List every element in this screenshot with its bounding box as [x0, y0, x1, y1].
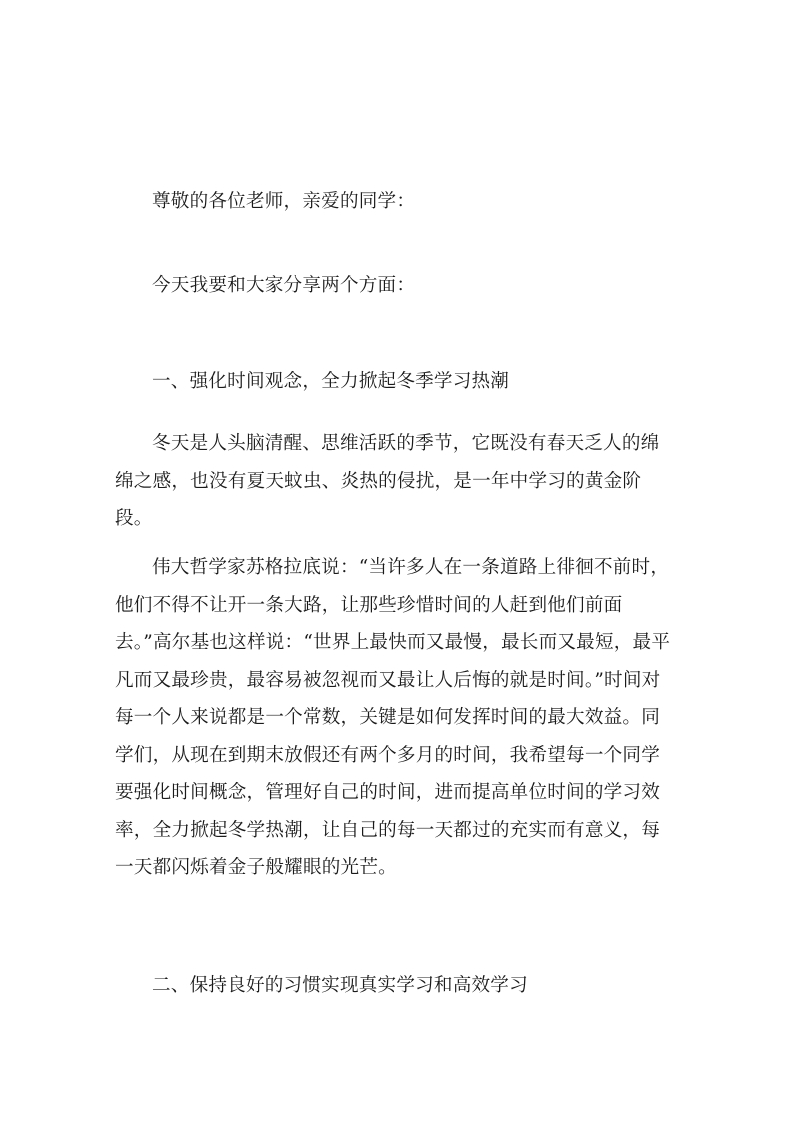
body-paragraph-winter: 冬天是人头脑清醒、思维活跃的季节，它既没有春天乏人的绵绵之感，也没有夏天蚊虫、炎…: [115, 425, 675, 538]
salutation: 尊敬的各位老师，亲爱的同学：: [115, 183, 675, 221]
intro-paragraph: 今天我要和大家分享两个方面：: [115, 267, 675, 305]
body-paragraph-quotes: 伟大哲学家苏格拉底说：“当许多人在一条道路上徘徊不前时，他们不得不让开一条大路，…: [115, 549, 675, 887]
section-heading-1: 一、强化时间观念，全力掀起冬季学习热潮: [115, 363, 675, 401]
section-heading-2: 二、保持良好的习惯实现真实学习和高效学习: [115, 967, 675, 1005]
document-page: 尊敬的各位老师，亲爱的同学： 今天我要和大家分享两个方面： 一、强化时间观念，全…: [0, 0, 793, 1122]
